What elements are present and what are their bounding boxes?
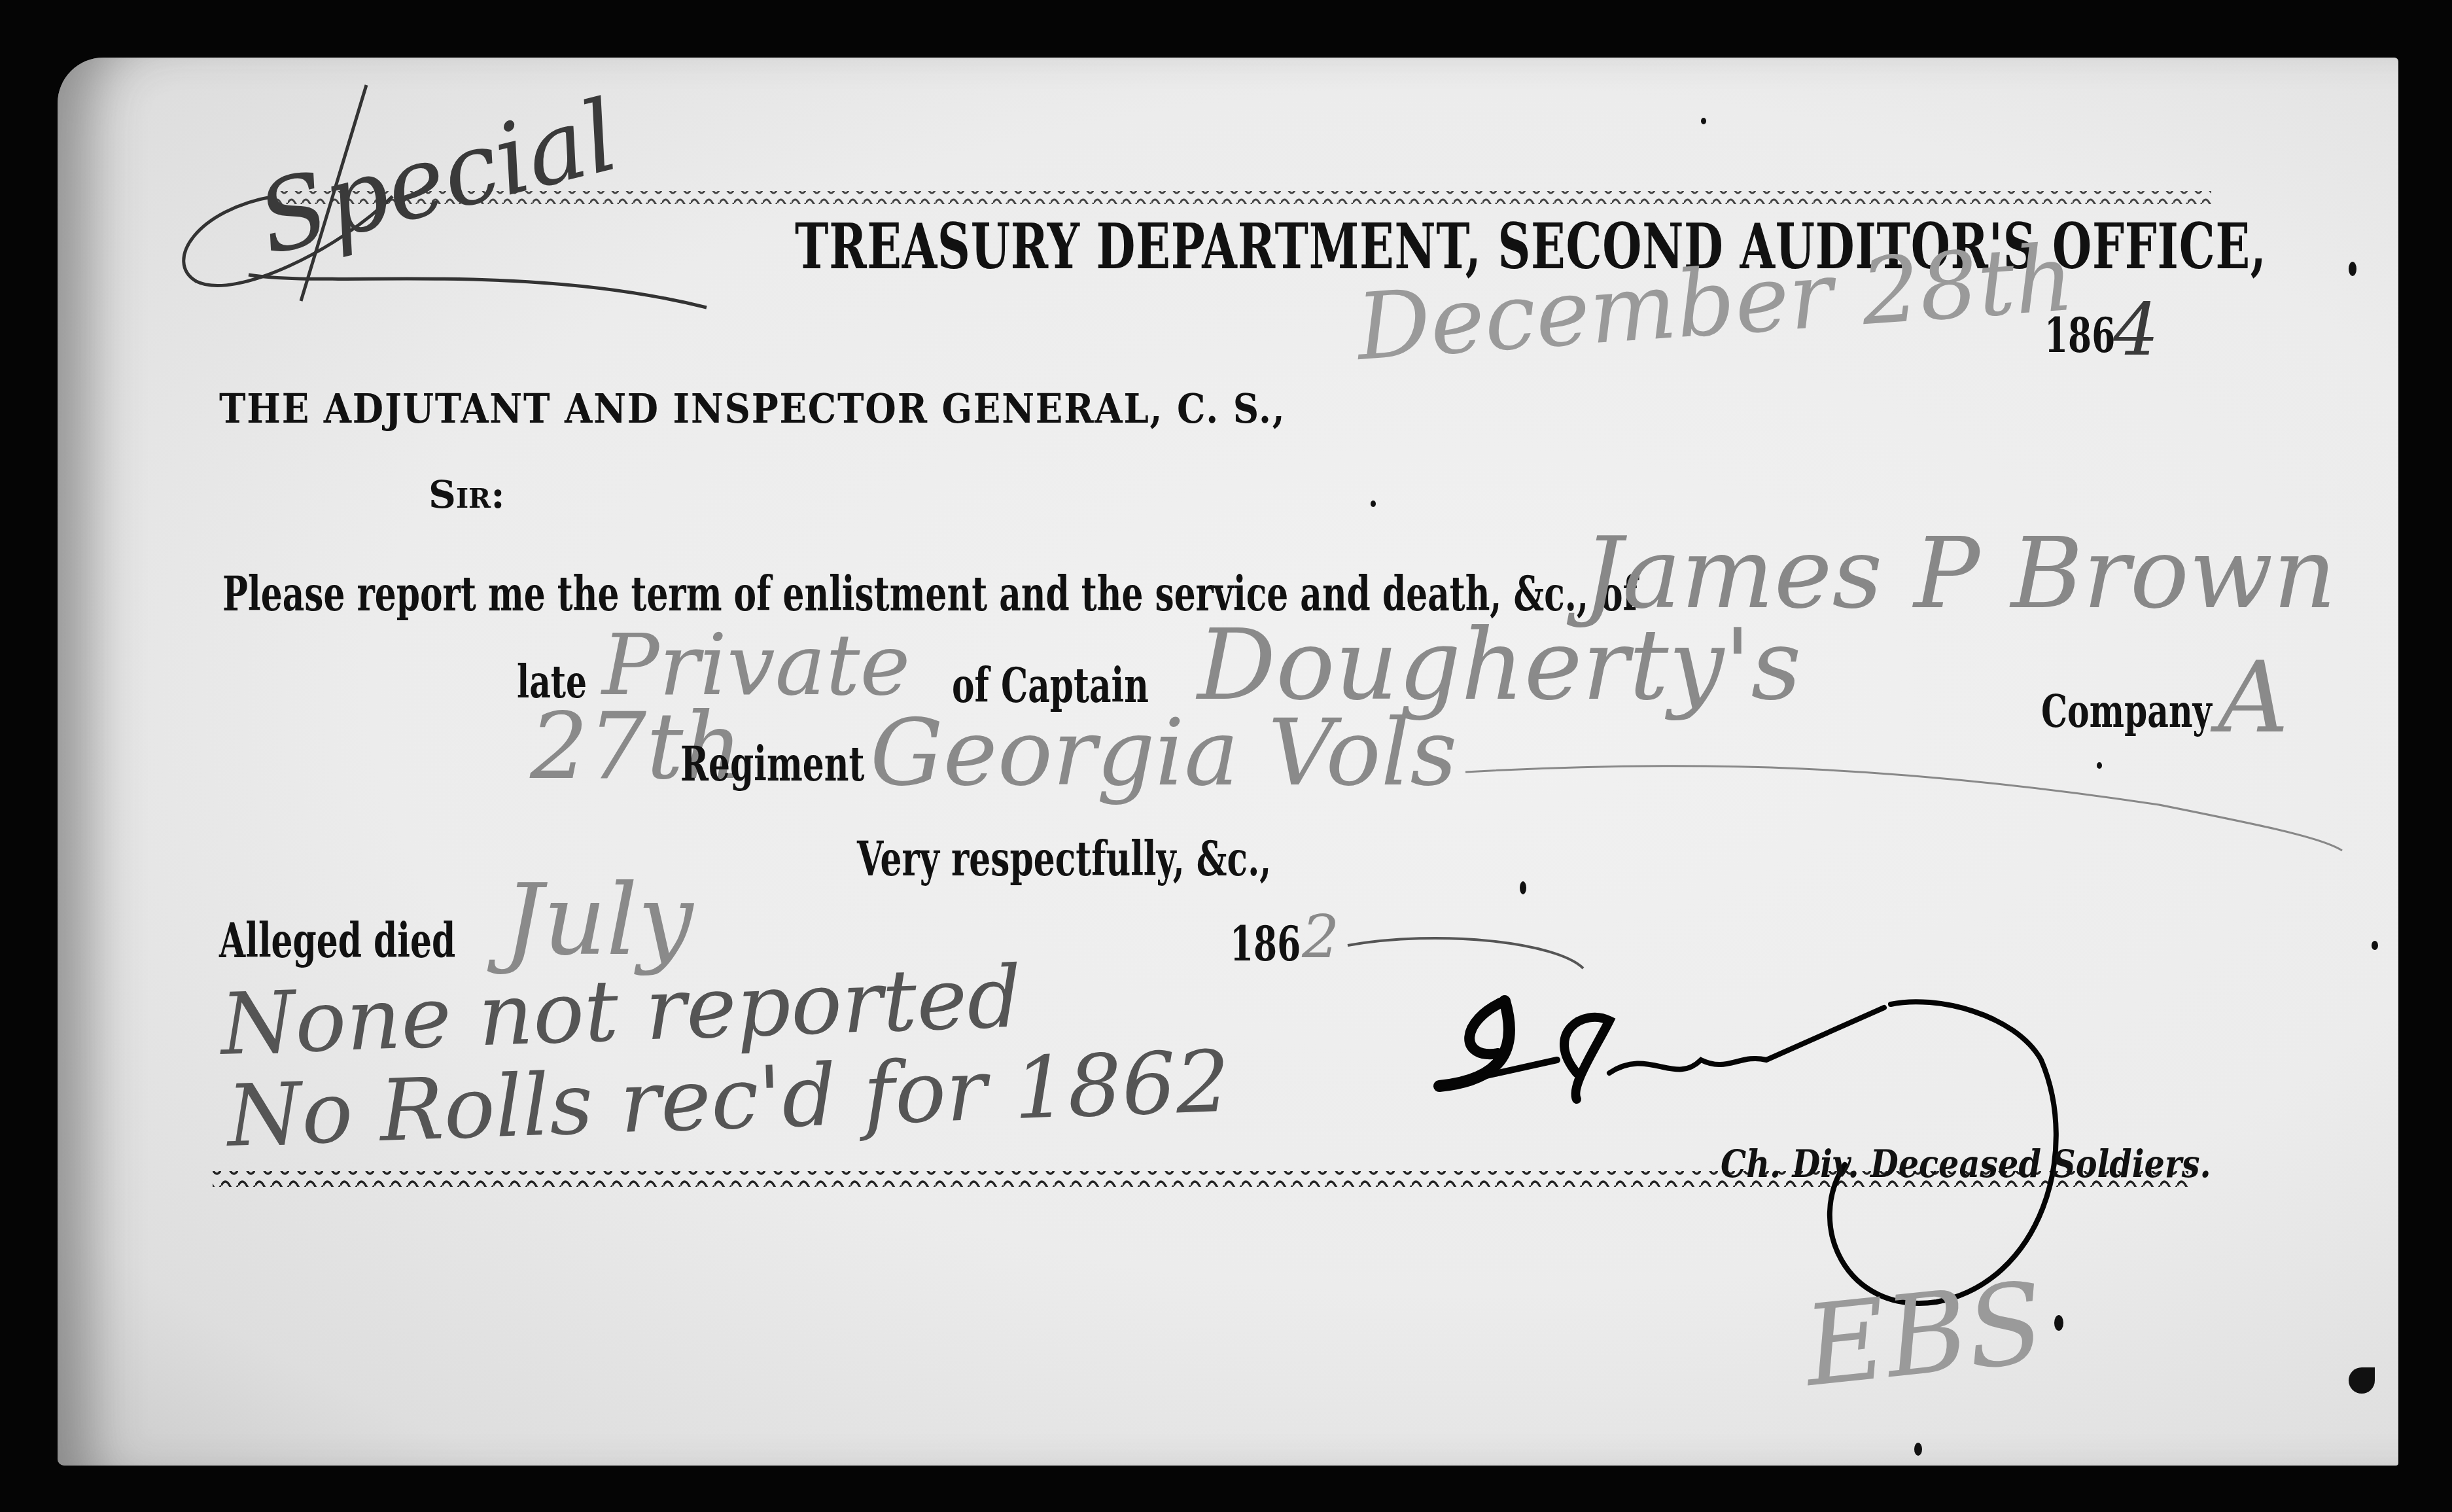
signature-name: J. Calvert [1583, 981, 1614, 989]
closing: Very respectfully, &c., [857, 831, 1271, 887]
ink-speck [2349, 262, 2356, 276]
alleged-died-year-printed: 186 [1230, 916, 1301, 972]
company-label: Company [2041, 684, 2212, 738]
ink-blot [2349, 1367, 2375, 1394]
ink-speck [2372, 941, 2378, 950]
addressee: THE ADJUTANT AND INSPECTOR GENERAL, C. S… [219, 385, 1286, 432]
ink-speck [2097, 762, 2102, 769]
initials-annotation: EBS [1798, 1258, 2050, 1412]
ink-speck [1520, 881, 1526, 894]
header-year-handwritten: 4 [2113, 288, 2159, 372]
regiment-label: Regiment [680, 736, 864, 792]
ink-speck [1914, 1443, 1922, 1456]
alleged-died-label: Alleged died [219, 913, 455, 968]
ink-speck [1701, 118, 1706, 124]
salutation: Sir: [429, 472, 505, 517]
ink-speck [2054, 1315, 2063, 1331]
header-year-printed: 186 [2044, 308, 2115, 363]
company-value: A [2218, 641, 2288, 755]
signature-title: Ch. Div. Deceased Soldiers. [1721, 1142, 2211, 1186]
ink-speck [1371, 501, 1376, 507]
alleged-died-year-handwritten: 2 [1302, 903, 1339, 972]
regiment-unit: Georgia Vols [870, 700, 1457, 807]
